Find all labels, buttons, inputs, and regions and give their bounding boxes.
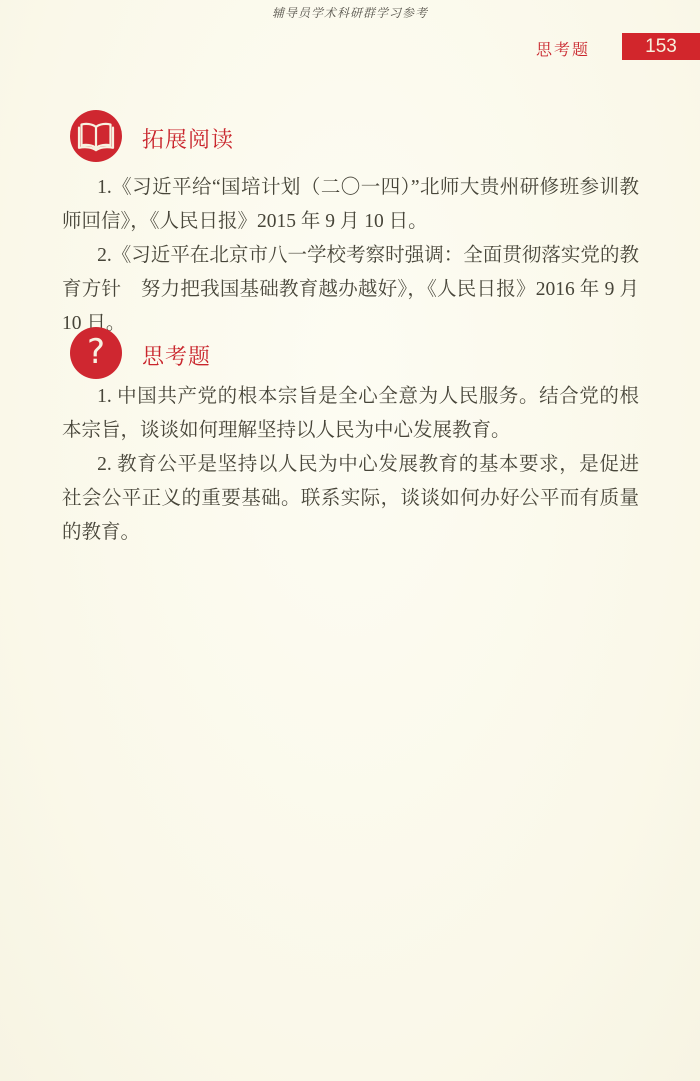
book-page: 辅导员学术科研群学习参考 思考题 153 拓展阅读 1.《习近平给“国培计划（二… [0, 0, 700, 1081]
open-book-icon [70, 110, 122, 162]
running-header: 辅导员学术科研群学习参考 [0, 4, 700, 21]
question-item: 1. 中国共产党的根本宗旨是全心全意为人民服务。结合党的根本宗旨，谈谈如何理解坚… [62, 380, 639, 448]
section-title: 思考题 [142, 340, 211, 371]
page-header-title: 思考题 [536, 37, 590, 60]
section-title: 拓展阅读 [142, 123, 234, 154]
question-item: 2. 教育公平是坚持以人民为中心发展教育的基本要求，是促进社会公平正义的重要基础… [62, 448, 639, 550]
extended-reading-paragraphs: 1.《习近平给“国培计划（二〇一四）”北师大贵州研修班参训教师回信》，《人民日报… [62, 171, 639, 341]
page-number-badge: 153 [622, 33, 700, 60]
reference-item: 1.《习近平给“国培计划（二〇一四）”北师大贵州研修班参训教师回信》，《人民日报… [62, 171, 639, 239]
reference-item: 2.《习近平在北京市八一学校考察时强调：全面贯彻落实党的教育方针 努力把我国基础… [62, 239, 639, 341]
question-paragraphs: 1. 中国共产党的根本宗旨是全心全意为人民服务。结合党的根本宗旨，谈谈如何理解坚… [62, 380, 639, 550]
question-mark-icon: ? [70, 327, 122, 379]
